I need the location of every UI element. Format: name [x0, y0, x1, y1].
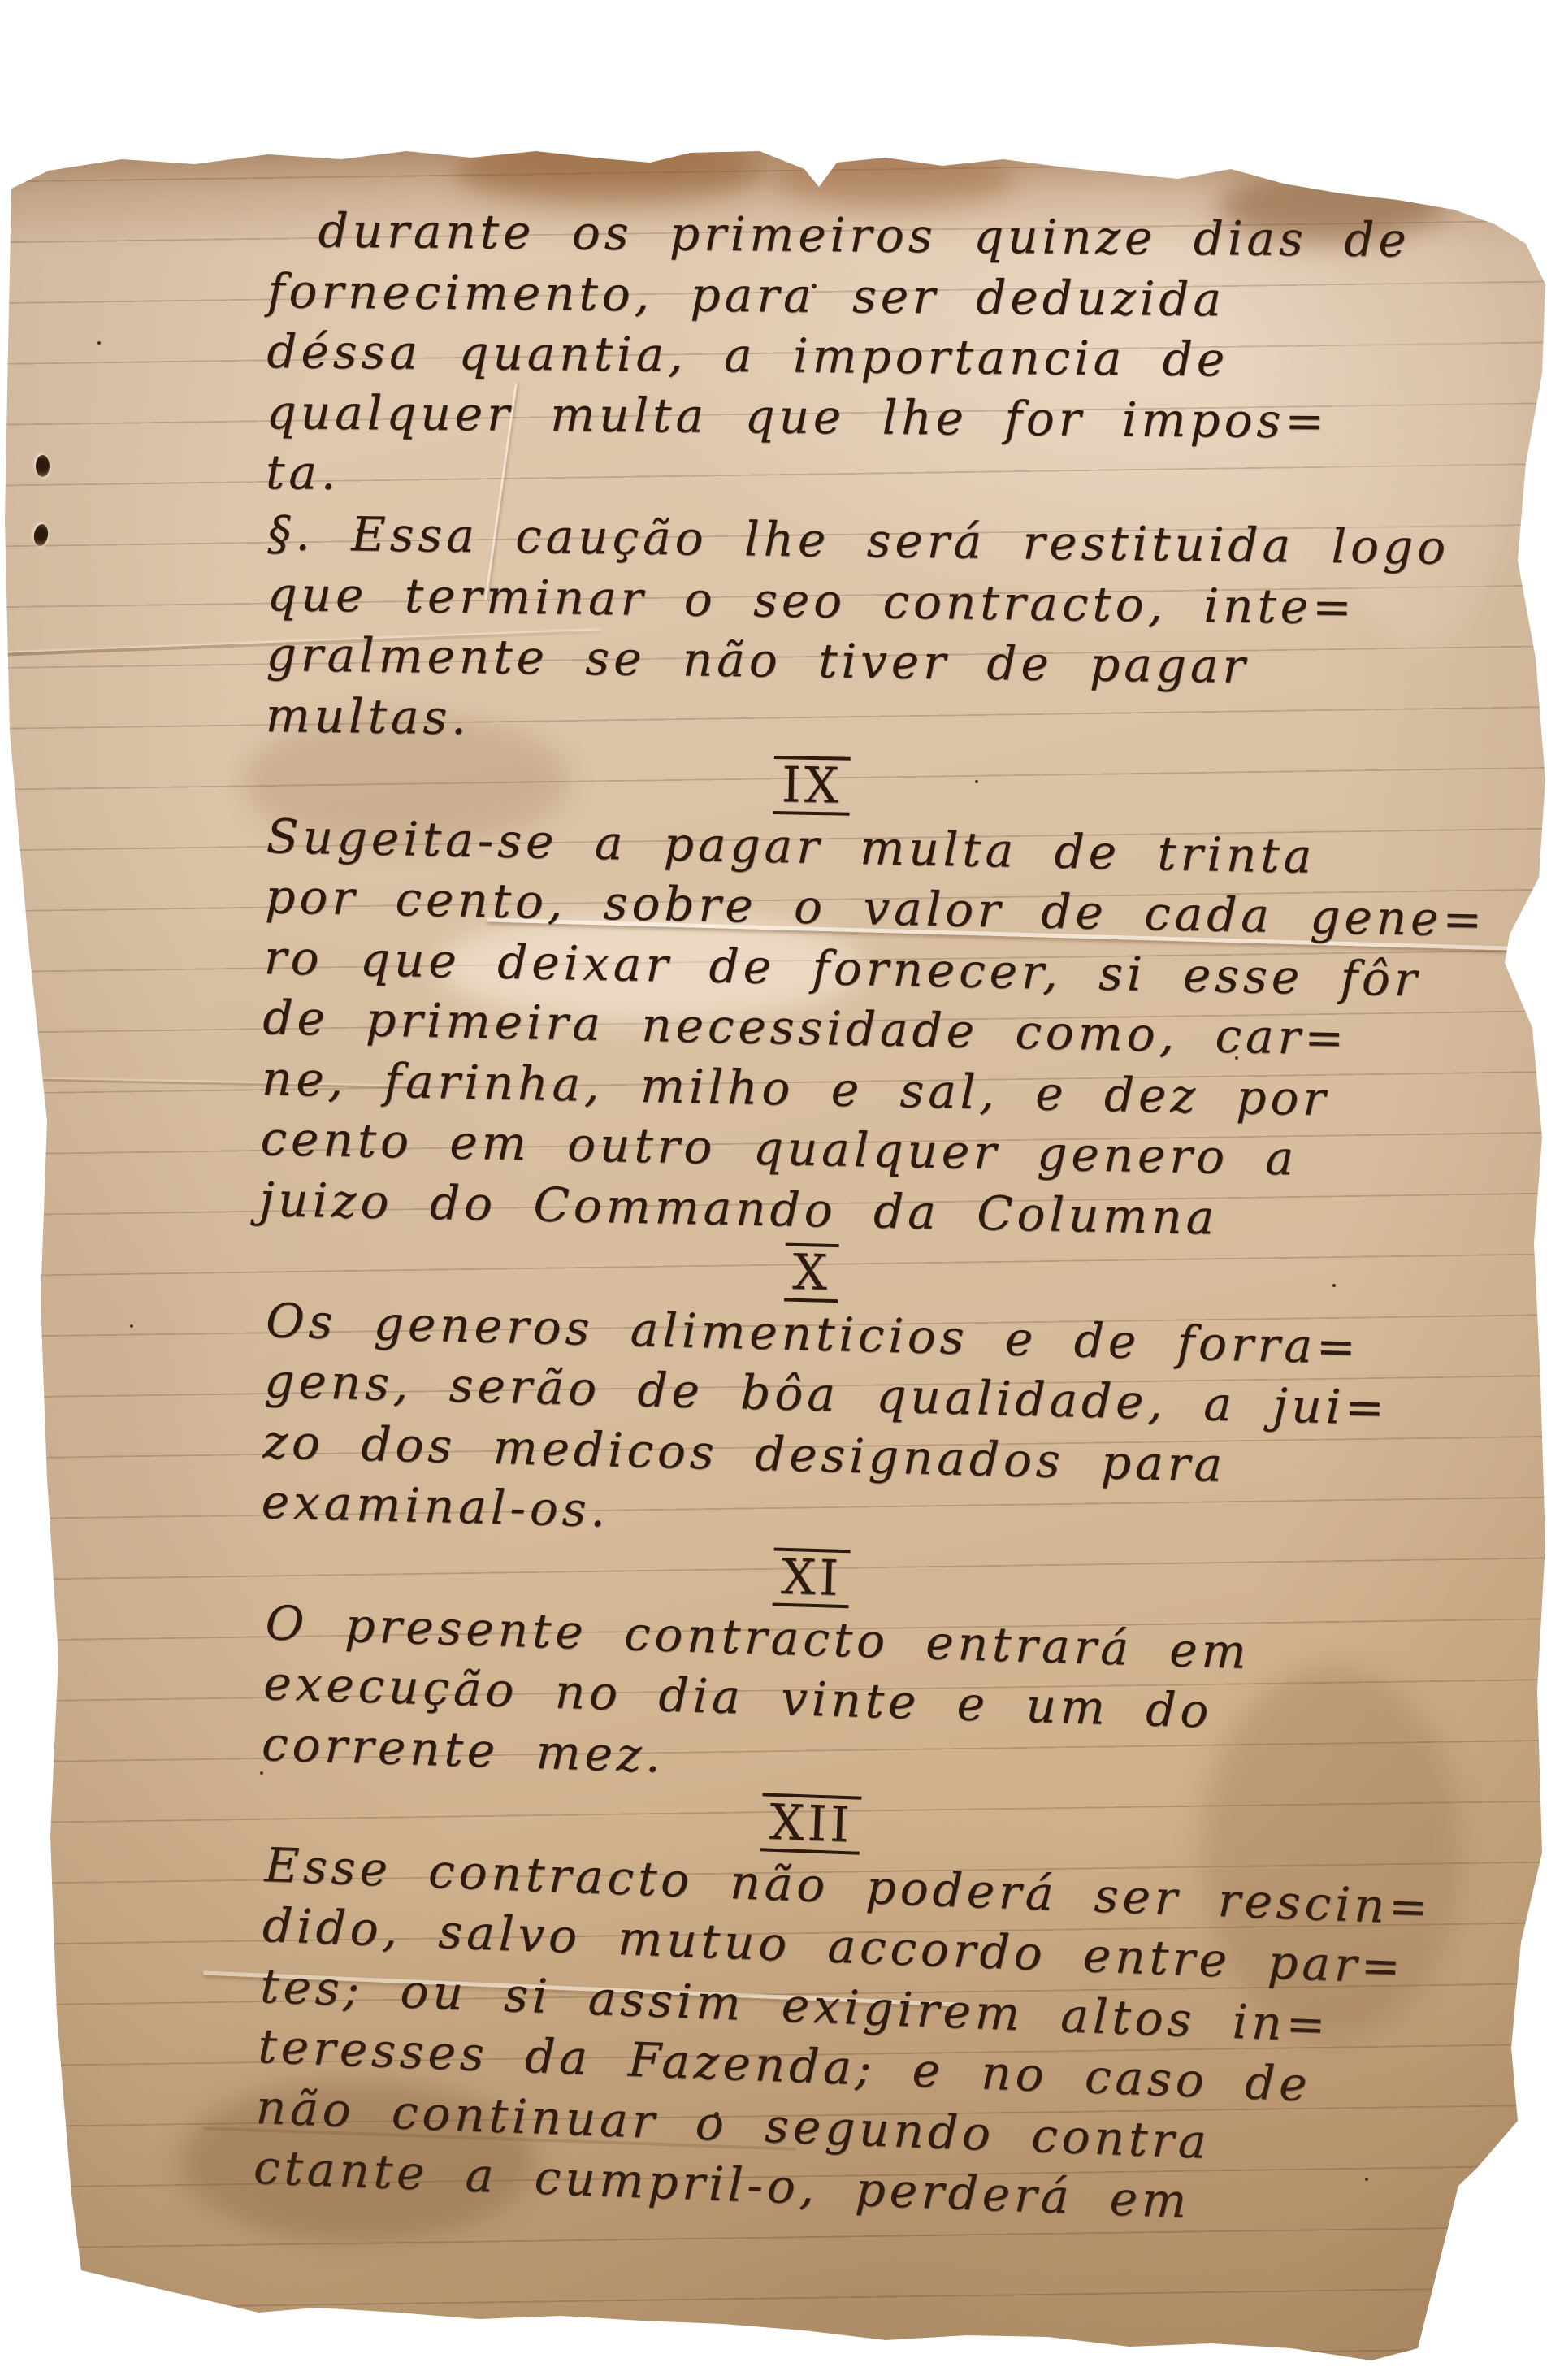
roman-numeral: XI: [772, 1547, 851, 1608]
manuscript-text: durante os primeiros quinze dias deforne…: [268, 200, 1479, 2198]
paragraph-1: §. Essa caução lhe será restituida logoq…: [265, 503, 1479, 760]
manuscript-line: déssa quantia, a importancia de: [266, 321, 1478, 392]
manuscript-line: qualquer multa que lhe for impos=: [266, 381, 1477, 452]
roman-numeral: XII: [760, 1793, 862, 1854]
scanned-document: durante os primeiros quinze dias deforne…: [0, 0, 1560, 2380]
roman-numeral: IX: [773, 755, 851, 815]
stitch-hole: [24, 1526, 38, 1548]
manuscript-line: durante os primeiros quinze dias de: [267, 200, 1479, 271]
stain: [772, 150, 1016, 207]
manuscript-line: ta.: [266, 442, 1477, 513]
roman-numeral: X: [784, 1242, 839, 1303]
stitch-hole: [21, 1589, 38, 1612]
stitch-hole: [36, 455, 50, 477]
ink-speck: [97, 341, 101, 345]
paragraph-0: durante os primeiros quinze dias deforne…: [266, 200, 1479, 513]
manuscript-line: fornecimento, para ser deduzida: [267, 260, 1479, 331]
section-x: XOs generos alimenticios e de forra=gens…: [261, 1229, 1479, 1562]
stain: [455, 138, 764, 203]
section-xi: XIO presente contracto entrará emexecuçã…: [261, 1532, 1478, 1810]
section-xii: XIIEsse contracto não poderá ser rescin=…: [253, 1774, 1478, 2242]
section-ix: IXSugeita-se a pagar multa de trintapor …: [259, 745, 1479, 1252]
stitch-hole: [32, 523, 50, 548]
manuscript-page: durante os primeiros quinze dias deforne…: [0, 0, 1560, 2380]
